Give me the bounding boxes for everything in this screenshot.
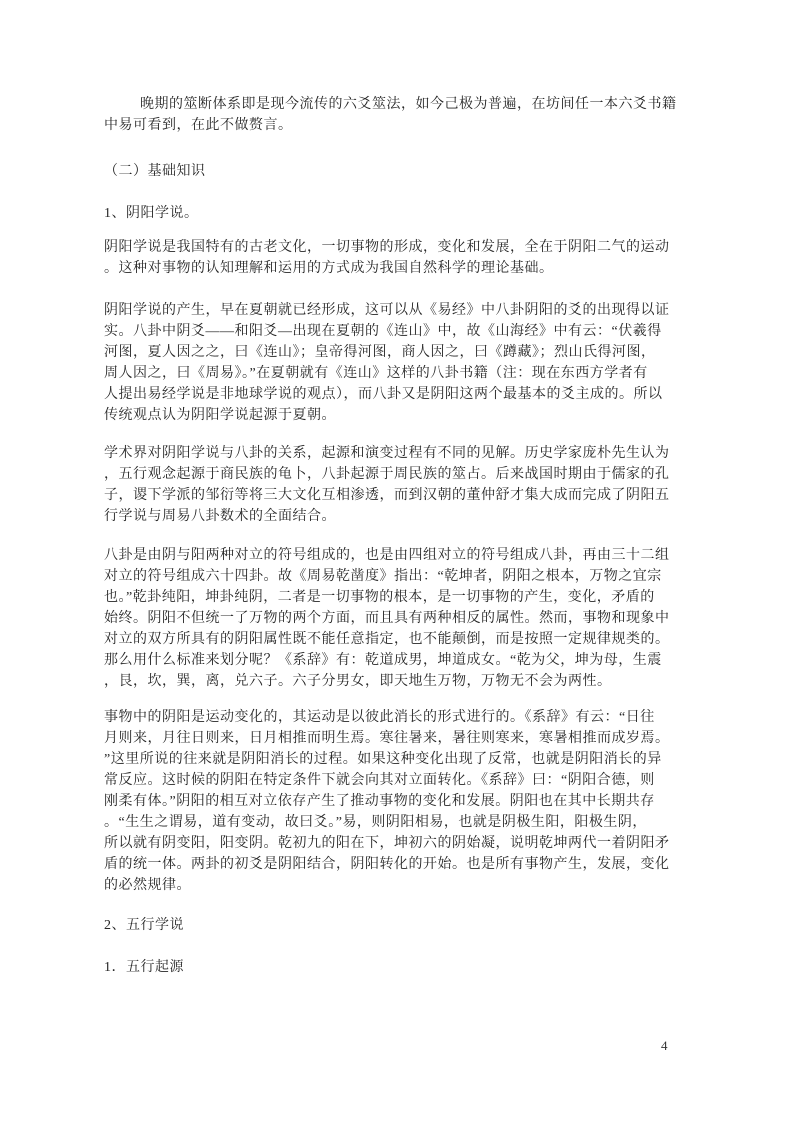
document-page: 晚期的筮断体系即是现今流传的六爻筮法，如今己极为普遍，在坊间任一本六爻书籍 中易… <box>0 0 793 1122</box>
paragraph-yinyang-movement: 事物中的阴阳是运动变化的，其运动是以彼此消长的形式进行的。《系辞》有云：“日往 … <box>104 707 708 896</box>
intro-paragraph: 晚期的筮断体系即是现今流传的六爻筮法，如今己极为普遍，在坊间任一本六爻书籍 中易… <box>104 94 708 136</box>
section-heading-yinyang: 1、阴阳学说。 <box>104 203 708 224</box>
paragraph-yinyang-origin: 阴阳学说的产生，早在夏朝就已经形成，这可以从《易经》中八卦阴阳的爻的出现得以证 … <box>104 300 708 426</box>
paragraph-yinyang-intro: 阴阳学说是我国特有的古老文化，一切事物的形成，变化和发展，全在于阴阳二气的运动 … <box>104 237 708 279</box>
paragraph-academic-views: 学术界对阴阳学说与八卦的关系，起源和演变过程有不同的见解。历史学家庞朴先生认为 … <box>104 443 708 527</box>
section-heading-wuxing-origin: 1．五行起源 <box>104 957 708 978</box>
paragraph-bagua-symbols: 八卦是由阴与阳两种对立的符号组成的，也是由四组对立的符号组成八卦，再由三十二组 … <box>104 545 708 692</box>
section-heading-basics: （二）基础知识 <box>104 161 708 182</box>
page-number: 4 <box>661 1037 668 1055</box>
section-heading-wuxing: 2、五行学说 <box>104 915 708 936</box>
